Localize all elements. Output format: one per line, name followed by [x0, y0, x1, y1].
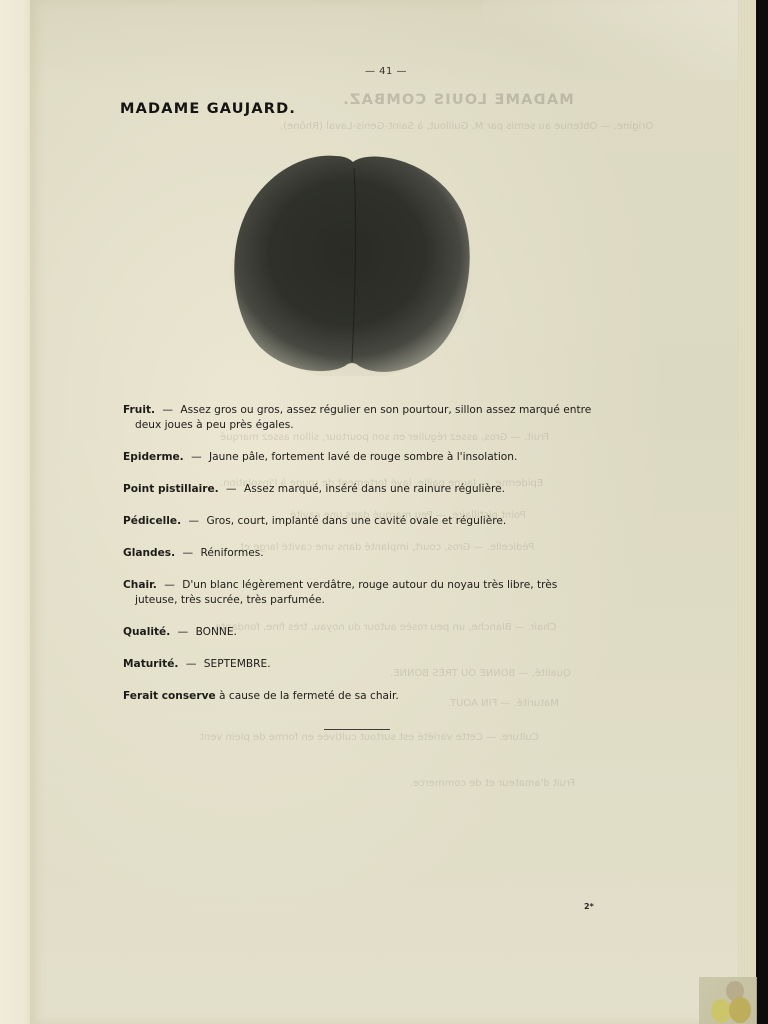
entry-label: Qualité.	[123, 626, 170, 638]
description-entries: Fruit. — Assez gros ou gros, assez régul…	[123, 403, 593, 704]
entry-text: à cause de la fermeté de sa chair.	[219, 690, 399, 702]
entry-text: Gros, court, implanté dans une cavité ov…	[206, 515, 506, 527]
bleed-through-line: Culture. — Cette variété est surtout cul…	[200, 732, 539, 743]
watermark-thumbnail	[699, 977, 757, 1024]
entry-label: Pédicelle.	[123, 515, 181, 527]
entry-glandes: Glandes. — Réniformes.	[123, 546, 593, 561]
entry-separator: —	[188, 515, 199, 527]
page-stack-edge	[738, 0, 756, 1024]
thumbnail-fruit	[711, 999, 731, 1023]
entry-conservation-note: Ferait conserve à cause de la fermeté de…	[123, 689, 593, 704]
entry-chair: Chair. — D'un blanc légèrement verdâtre,…	[123, 578, 593, 608]
entry-maturite: Maturité. — SEPTEMBRE.	[123, 657, 593, 672]
entry-label: Ferait conserve	[123, 690, 216, 702]
entry-separator: —	[226, 483, 237, 495]
entry-text: Assez marqué, inséré dans une rainure ré…	[244, 483, 505, 495]
section-divider	[324, 729, 390, 730]
entry-text: BONNE.	[196, 626, 237, 638]
peach-illustration	[231, 150, 471, 376]
entry-label: Maturité.	[123, 658, 178, 670]
book-scan: — 41 — MADAME LOUIS COMBAZ. Origine. — O…	[0, 0, 768, 1024]
entry-fruit: Fruit. — Assez gros ou gros, assez régul…	[123, 403, 593, 433]
entry-label: Chair.	[123, 579, 157, 591]
entry-separator: —	[162, 404, 173, 416]
entry-separator: —	[178, 626, 189, 638]
bleed-through-line: Origine. — Obtenue au semis par M. Guill…	[280, 121, 653, 132]
book-page: — 41 — MADAME LOUIS COMBAZ. Origine. — O…	[30, 0, 742, 1024]
entry-separator: —	[164, 579, 175, 591]
entry-point-pistillaire: Point pistillaire. — Assez marqué, insér…	[123, 482, 593, 497]
entry-label: Fruit.	[123, 404, 155, 416]
facing-page-edge	[0, 0, 32, 1024]
entry-label: Point pistillaire.	[123, 483, 219, 495]
entry-label: Glandes.	[123, 547, 175, 559]
entry-pedicelle: Pédicelle. — Gros, court, implanté dans …	[123, 514, 593, 529]
entry-text: Jaune pâle, fortement lavé de rouge somb…	[209, 451, 517, 463]
entry-text: Réniformes.	[200, 547, 263, 559]
thumbnail-fruit	[729, 997, 751, 1023]
entry-separator: —	[183, 547, 194, 559]
entry-text: Assez gros ou gros, assez régulier en so…	[135, 404, 591, 431]
entry-qualite: Qualité. — BONNE.	[123, 625, 593, 640]
page-number: — 41 —	[30, 66, 742, 77]
page-title: MADAME GAUJARD.	[120, 101, 296, 117]
entry-text: D'un blanc légèrement verdâtre, rouge au…	[135, 579, 557, 606]
bleed-through-title: MADAME LOUIS COMBAZ.	[342, 92, 574, 108]
entry-label: Epiderme.	[123, 451, 184, 463]
entry-epiderme: Epiderme. — Jaune pâle, fortement lavé d…	[123, 450, 593, 465]
peach-image	[231, 150, 471, 376]
entry-text: SEPTEMBRE.	[204, 658, 271, 670]
signature-mark: 2*	[584, 902, 594, 911]
entry-separator: —	[191, 451, 202, 463]
entry-separator: —	[186, 658, 197, 670]
bleed-through-line: Fruit d'amateur et de commerce.	[410, 778, 575, 789]
